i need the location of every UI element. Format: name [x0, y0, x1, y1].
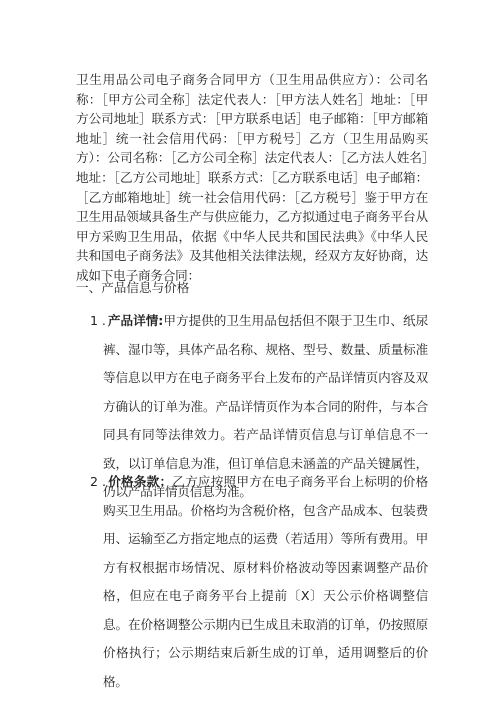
clause-price-terms: 2 .价格条款：乙方应按照甲方在电子商务平台上标明的价格购买卫生用品。价格均为含… [90, 468, 428, 696]
section-title: 一、产品信息与价格 [76, 278, 189, 298]
clause-number: 1 . [90, 313, 106, 328]
clause-heading: 产品详情: [108, 313, 164, 328]
document-page: 卫生用品公司电子商务合同甲方（卫生用品供应方）：公司名称：［甲方公司全称］法定代… [0, 0, 500, 707]
clause-heading: 价格条款： [108, 474, 172, 489]
clause-number: 2 . [90, 474, 106, 489]
clause-body: 2 .价格条款：乙方应按照甲方在电子商务平台上标明的价格购买卫生用品。价格均为含… [90, 468, 428, 696]
clause-text: 乙方应按照甲方在电子商务平台上标明的价格购买卫生用品。价格均为含税价格，包含产品… [103, 474, 428, 689]
contract-preamble: 卫生用品公司电子商务合同甲方（卫生用品供应方）：公司名称：［甲方公司全称］法定代… [76, 70, 428, 286]
